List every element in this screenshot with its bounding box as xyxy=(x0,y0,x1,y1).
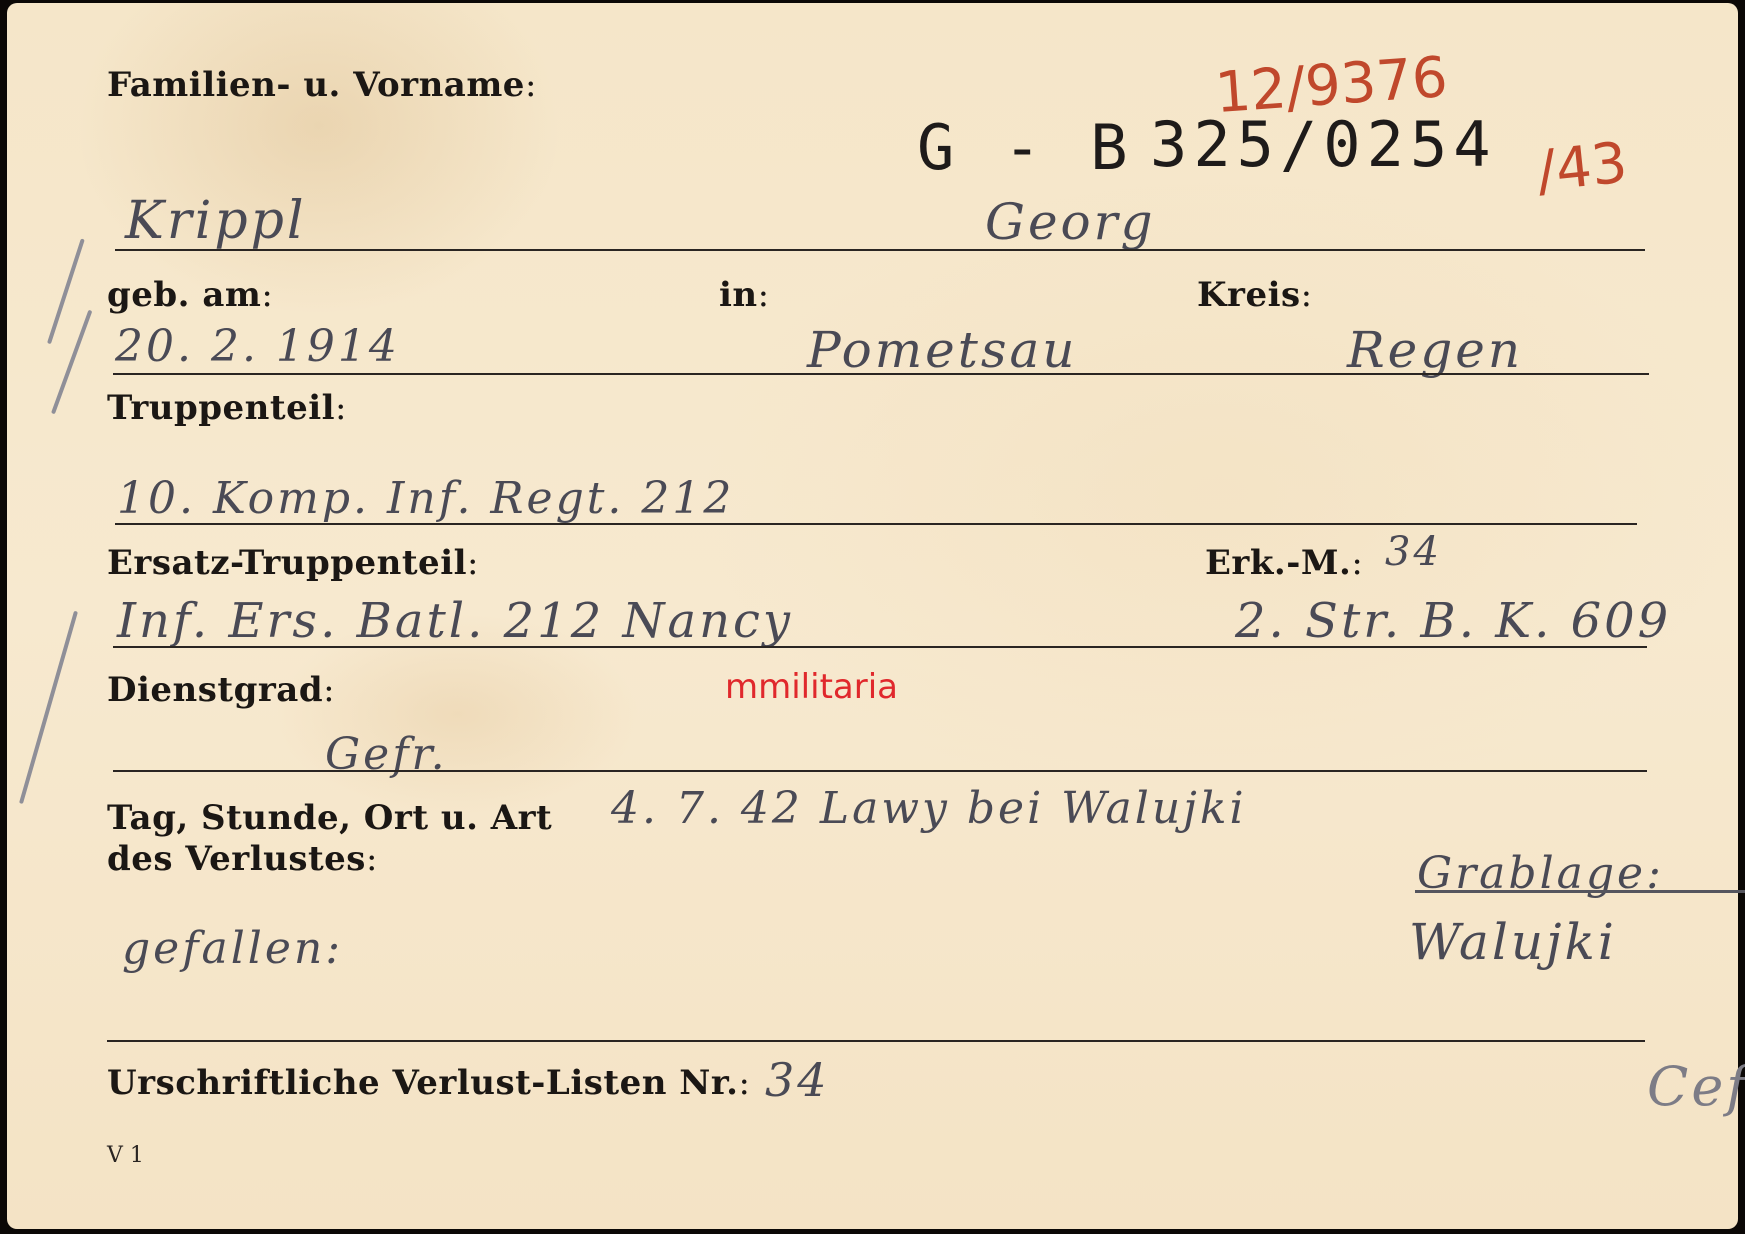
birth-place-value: Pometsau xyxy=(807,321,1077,379)
replacement-unit-value: Inf. Ers. Batl. 212 Nancy xyxy=(117,593,793,649)
name-underline xyxy=(115,249,1645,251)
id-tag-label: Erk.-M.: xyxy=(1205,543,1363,583)
grave-value: Walujki xyxy=(1409,913,1617,971)
district-label: Kreis: xyxy=(1197,275,1313,315)
birth-date-value: 20. 2. 1914 xyxy=(115,321,400,372)
loss-label-line1: Tag, Stunde, Ort u. Art xyxy=(107,798,552,838)
stamp-prefix: G - B xyxy=(917,111,1134,184)
id-tag-value: 34 xyxy=(1385,529,1442,575)
unit-underline xyxy=(115,523,1637,525)
name-label: Familien- u. Vorname: xyxy=(107,65,537,105)
grave-label-underline xyxy=(1415,890,1745,893)
loss-list-value: 34 xyxy=(765,1053,830,1107)
surname-value: Krippl xyxy=(125,191,307,251)
birth-date-label: geb. am: xyxy=(107,275,273,315)
birth-underline xyxy=(113,373,1649,375)
form-code: V 1 xyxy=(107,1143,144,1168)
id-tag-detail: 2. Str. B. K. 609 xyxy=(1235,593,1671,649)
pencil-mark-3 xyxy=(19,611,78,804)
birth-place-label: in: xyxy=(719,275,770,315)
loss-underline xyxy=(107,1040,1645,1042)
given-name-value: Georg xyxy=(985,193,1156,251)
stamp-number: 325/0254 xyxy=(1150,108,1497,181)
index-card: Familien- u. Vorname: G - B 325/0254 12/… xyxy=(7,3,1738,1229)
loss-list-label: Urschriftliche Verlust-Listen Nr.: xyxy=(107,1063,750,1103)
margin-note: Ceff xyxy=(1647,1055,1745,1118)
unit-value: 10. Komp. Inf. Regt. 212 xyxy=(117,473,734,524)
district-value: Regen xyxy=(1347,321,1523,379)
unit-label: Truppenteil: xyxy=(107,388,347,428)
pencil-mark-2 xyxy=(51,310,92,415)
loss-label-line2: des Verlustes: xyxy=(107,839,378,879)
watermark: mmilitaria xyxy=(725,667,898,707)
replacement-unit-underline xyxy=(113,646,1647,648)
loss-type-value: gefallen: xyxy=(122,923,343,974)
rank-underline xyxy=(113,770,1647,772)
rank-label: Dienstgrad: xyxy=(107,670,335,710)
pencil-mark-1 xyxy=(47,238,85,344)
loss-value: 4. 7. 42 Lawy bei Walujki xyxy=(611,783,1247,834)
rank-value: Gefr. xyxy=(325,729,448,780)
red-annotation-year: /43 xyxy=(1534,130,1630,204)
replacement-unit-label: Ersatz-Truppenteil: xyxy=(107,543,479,583)
